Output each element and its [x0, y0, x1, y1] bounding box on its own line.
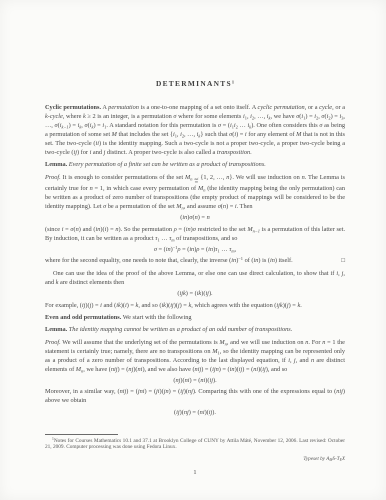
text-run-bold: Cyclic permutations.	[45, 104, 101, 111]
text-run: (since	[45, 226, 62, 233]
text-run: for any element of	[247, 131, 297, 138]
text-run: ) for	[77, 149, 90, 156]
text-run: , which agrees with the equation (	[191, 302, 276, 309]
text-run: , and we will use induction on	[227, 339, 305, 346]
paragraph: (since i = σ(n) and (in)(i) = n). So the…	[45, 226, 345, 244]
colophon: Typeset by AMS-TEX	[45, 456, 345, 462]
text-run-italic: n	[207, 214, 210, 221]
text-run: , or a	[305, 104, 320, 111]
text-run: ) =	[226, 203, 235, 210]
text-run: ,	[235, 246, 237, 253]
paragraph: One can use the idea of the proof of the…	[45, 270, 345, 288]
display-equation: σ = (in)−1ρ = (in)ρ = (in)τ1 … τm,	[45, 246, 345, 255]
text-run: that includes the set {	[117, 131, 173, 138]
text-run: .	[250, 149, 252, 156]
text-run: ) = (	[189, 409, 200, 416]
text-run: .	[300, 302, 302, 309]
text-run: ), and we also have (	[142, 366, 194, 373]
text-run: = (	[157, 246, 166, 253]
text-run: ) = (	[126, 388, 138, 395]
text-run: is a one-to-one mapping of a set onto it…	[139, 104, 258, 111]
text-run: ).	[213, 377, 217, 384]
text-run: ) and (	[79, 226, 96, 233]
text-run: ). So the permutation	[119, 226, 174, 233]
text-run: {1, 2, …,	[198, 174, 226, 181]
text-run: ) = (	[169, 388, 181, 395]
document-content: DETERMINANTS1 Cyclic permutations. A per…	[45, 79, 345, 420]
text-run: , …,	[254, 113, 267, 120]
text-run: = (	[177, 226, 186, 233]
text-run: ) =	[69, 122, 78, 129]
paragraph: Lemma. Every permutation of a finite set…	[45, 161, 345, 170]
text-run: ) is (	[258, 257, 270, 264]
display-equation: (in)σ(n) = n	[45, 214, 345, 223]
text-run-bold: Lemma.	[45, 326, 67, 333]
text-run: We will assume that the underlying set o…	[61, 339, 220, 346]
text-run: ) = (	[186, 290, 197, 297]
footnote-rule	[45, 434, 118, 435]
text-run: and	[91, 149, 103, 156]
paragraph: Cyclic permutations. A permutation is a …	[45, 104, 345, 158]
text-run: of (	[243, 257, 254, 264]
text-run: ).	[212, 409, 216, 416]
document-title: DETERMINANTS1	[45, 79, 345, 88]
text-run: , and	[296, 357, 311, 364]
text-run: , or a	[332, 104, 345, 111]
paragraph: Even and odd permutations. We start with…	[45, 314, 345, 323]
text-run: ) =	[91, 302, 100, 309]
text-run: ≥ 2 is an integer, is a permutation	[86, 113, 174, 120]
qed-square: □	[341, 257, 345, 266]
text-run: ) =	[106, 226, 115, 233]
text-run-italic: nij	[336, 388, 343, 395]
paragraph: For example, (ij)(j) = i and (ik)(i) = k…	[45, 302, 345, 311]
text-run: be a permutation of the set	[106, 203, 176, 210]
paragraph: Proof. We will assume that the underlyin…	[45, 339, 345, 375]
footnote-text: Notes for Courses Mathematics 10.1 and 3…	[45, 438, 345, 451]
text-run: . For	[308, 339, 322, 346]
text-run-italic: Typeset by	[303, 456, 326, 462]
paragraph: Moreover, in a similar way, (nij) = (jni…	[45, 388, 345, 406]
text-run: ) = (	[201, 366, 212, 373]
text-run-italic: X	[342, 456, 345, 462]
text-run-bold: Lemma.	[45, 161, 67, 168]
text-run: One can use the idea of the proof of the…	[53, 270, 336, 277]
text-run: Moreover, in a similar way, (	[45, 388, 120, 395]
text-run-italic: cyclic permutation	[258, 104, 305, 111]
page-footer: 1Notes for Courses Mathematics 10.1 and …	[45, 434, 345, 476]
text-run: ) =	[127, 302, 136, 309]
text-run: ) = (	[189, 377, 200, 384]
display-equation: (nj)(ni) = (ni)(ij).	[45, 377, 345, 386]
text-run: distinct. A proper two-cycle is also cal…	[105, 149, 217, 156]
text-run: = (	[221, 122, 230, 129]
title-text: DETERMINANTS	[156, 79, 232, 88]
text-run: ) = (	[219, 366, 230, 373]
text-run: We start with the following	[121, 314, 191, 321]
text-run: . Then	[237, 203, 253, 210]
display-equation: (ij)(nj) = (ni)(ij).	[45, 409, 345, 418]
text-run: ) =	[236, 131, 245, 138]
document-page: DETERMINANTS1 Cyclic permutations. A per…	[0, 0, 386, 500]
text-run: of transpositions, and so	[175, 235, 238, 242]
text-run: restricted to the set	[196, 226, 247, 233]
text-run: . A standard notation for this permutati…	[106, 122, 218, 129]
text-run-italic: Proof.	[45, 339, 61, 346]
text-run-italic: transposition	[217, 149, 250, 156]
text-run: …	[160, 235, 169, 242]
paragraph: Lemma. The identity mapping cannot be wr…	[45, 326, 345, 335]
text-run: , and so (	[138, 302, 161, 309]
text-run: , we have	[271, 113, 297, 120]
text-run: where for the second equality, one needs…	[45, 257, 231, 264]
text-run: , …,	[184, 131, 197, 138]
text-run: } such that	[200, 131, 229, 138]
text-run-italic: k−1	[61, 124, 68, 129]
text-run-bold: Even and odd permutations.	[45, 314, 121, 321]
text-run: ) =	[198, 214, 207, 221]
text-run-italic: n−1	[253, 228, 260, 233]
text-run-italic: ijn	[212, 366, 219, 373]
title-footnote-mark: 1	[232, 79, 234, 84]
text-run: ) itself.	[275, 257, 293, 264]
paragraph: where for the second equality, one needs…	[45, 257, 345, 266]
text-run: and (	[102, 302, 116, 309]
display-equation: (ijk) = (ik)(ij).	[45, 290, 345, 299]
text-run-italic: cycle	[319, 104, 332, 111]
text-run: ).	[209, 290, 213, 297]
text-run: For example, (	[45, 302, 82, 309]
text-run: = (	[199, 246, 208, 253]
text-run: = (	[181, 246, 190, 253]
text-run: = 1, in which case every permutation of	[93, 185, 198, 192]
paragraph: Proof. It is enough to consider permutat…	[45, 174, 345, 212]
text-run: where for some elements	[177, 113, 244, 120]
text-run: , and assume	[184, 203, 218, 210]
text-run: are distinct elements then	[58, 279, 124, 286]
text-run: …	[220, 246, 229, 253]
text-run: ) = (	[242, 366, 253, 373]
document-blocks: Cyclic permutations. A permutation is a …	[45, 104, 345, 418]
footnote: 1Notes for Courses Mathematics 10.1 and …	[45, 438, 345, 452]
text-run-italic: nij	[111, 366, 118, 373]
text-run: }. We will use induction on	[229, 174, 301, 181]
text-run: It is enough to consider permutations of…	[61, 174, 185, 181]
text-run: ) =	[305, 113, 314, 120]
text-run-italic: Every permutation of a finite set can be…	[67, 161, 266, 168]
text-run-italic: k-cycle	[45, 113, 63, 120]
text-run: ) = (	[144, 388, 156, 395]
page-number: 1	[45, 469, 345, 476]
text-run: , where	[63, 113, 83, 120]
text-run-italic: permutation	[108, 104, 139, 111]
text-run: ). One often considers this	[251, 122, 319, 129]
text-run: , we have (	[83, 366, 111, 373]
text-run-italic: Proof.	[45, 174, 61, 181]
text-run-italic: The identity mapping cannot be written a…	[67, 326, 292, 333]
text-run: ). Comparing this with one of the expres…	[193, 388, 336, 395]
text-run: ) = (	[118, 366, 129, 373]
text-run: ), and so	[266, 366, 288, 373]
